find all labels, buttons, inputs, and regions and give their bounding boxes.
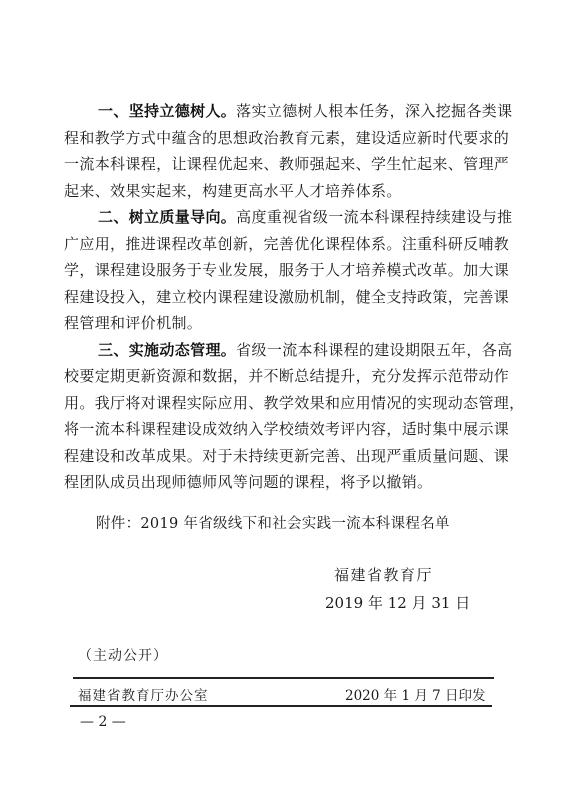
paragraph-line: 二、树立质量导向。高度重视省级一流本科课程持续建设与推 bbox=[64, 204, 504, 231]
paragraph-line: 起来、效果实起来，构建更高水平人才培养体系。 bbox=[64, 178, 504, 205]
paragraph-line: 程建设投入，建立校内课程建设激励机制，健全支持政策，完善课 bbox=[64, 284, 504, 311]
paragraph-heading: 二、树立质量导向。 bbox=[98, 208, 236, 226]
paragraph-3: 三、实施动态管理。省级一流本科课程的建设期限五年，各高 校要定期更新资源和数据，… bbox=[64, 337, 504, 496]
paragraph-line: 学，课程建设服务于专业发展，服务于人才培养模式改革。加大课 bbox=[64, 257, 504, 284]
signature-date: 2019 年 12 月 31 日 bbox=[325, 592, 470, 613]
paragraph-line: 程团队成员出现师德师风等问题的课程，将予以撤销。 bbox=[64, 469, 504, 496]
paragraph-line: 一流本科课程，让课程优起来、教师强起来、学生忙起来、管理严 bbox=[64, 151, 504, 178]
paragraph-2: 二、树立质量导向。高度重视省级一流本科课程持续建设与推 广应用，推进课程改革创新… bbox=[64, 204, 504, 337]
footer-top-rule bbox=[73, 677, 494, 679]
paragraph-line: 程管理和评价机制。 bbox=[64, 310, 504, 337]
paragraph-heading: 三、实施动态管理。 bbox=[98, 341, 236, 359]
paragraph-line: 程建设和改革成果。对于未持续更新完善、出现严重质量问题、课 bbox=[64, 443, 504, 470]
paragraph-line: 将一流本科课程建设成效纳入学校绩效考评内容，适时集中展示课 bbox=[64, 416, 504, 443]
paragraph-line: 用。我厅将对课程实际应用、教学效果和应用情况的实现动态管理， bbox=[64, 390, 504, 417]
page-number: — 2 — bbox=[80, 714, 126, 730]
paragraph-line: 三、实施动态管理。省级一流本科课程的建设期限五年，各高 bbox=[64, 337, 504, 364]
paragraph-line: 程和教学方式中蕴含的思想政治教育元素，建设适应新时代要求的 bbox=[64, 125, 504, 152]
paragraph-heading: 一、坚持立德树人。 bbox=[98, 102, 236, 120]
attachment-note: 附件：2019 年省级线下和社会实践一流本科课程名单 bbox=[96, 512, 450, 533]
issuer-name: 福建省教育厅 bbox=[334, 564, 433, 585]
issuing-office: 福建省教育厅办公室 bbox=[78, 684, 209, 704]
paragraph-line: 校要定期更新资源和数据，并不断总结提升，充分发挥示范带动作 bbox=[64, 363, 504, 390]
footer-bottom-rule bbox=[70, 705, 492, 707]
document-body: 一、坚持立德树人。落实立德树人根本任务，深入挖掘各类课 程和教学方式中蕴含的思想… bbox=[64, 98, 504, 496]
paragraph-1: 一、坚持立德树人。落实立德树人根本任务，深入挖掘各类课 程和教学方式中蕴含的思想… bbox=[64, 98, 504, 204]
paragraph-line: 一、坚持立德树人。落实立德树人根本任务，深入挖掘各类课 bbox=[64, 98, 504, 125]
document-page: 一、坚持立德树人。落实立德树人根本任务，深入挖掘各类课 程和教学方式中蕴含的思想… bbox=[0, 0, 565, 800]
paragraph-line: 广应用，推进课程改革创新，完善优化课程体系。注重科研反哺教 bbox=[64, 231, 504, 258]
disclosure-label: （主动公开） bbox=[78, 645, 168, 665]
printed-date: 2020 年 1 月 7 日印发 bbox=[345, 684, 486, 704]
